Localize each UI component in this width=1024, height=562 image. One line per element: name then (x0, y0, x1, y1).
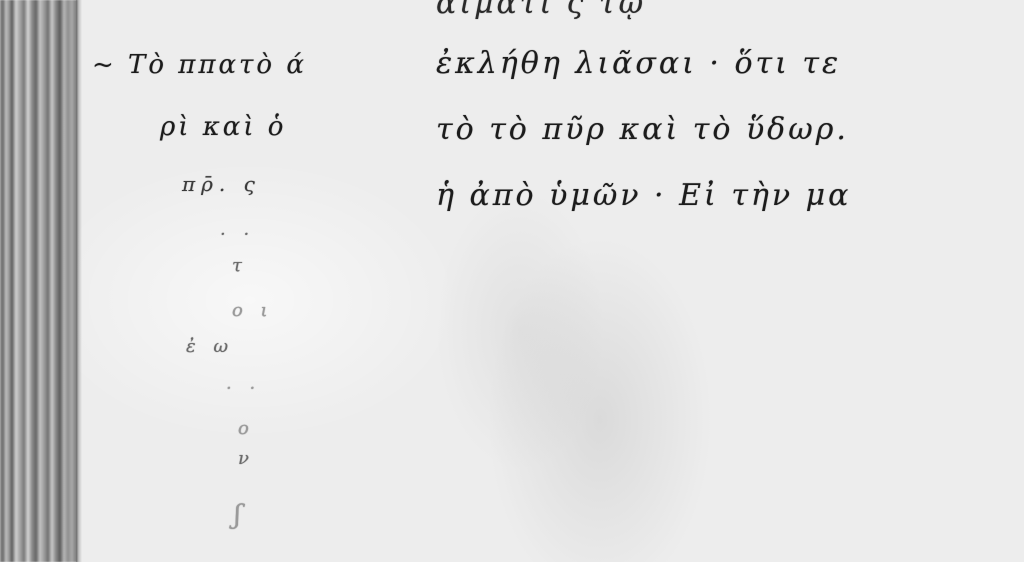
margin-note-line-4: τ (232, 255, 248, 276)
margin-note-line-8: ο (238, 418, 255, 439)
book-binding-gutter (0, 0, 78, 562)
gutter-shadow (76, 0, 82, 562)
main-text-line-3: ἡ ἀπὸ ὑμῶν · Εἰ τὴν μα (436, 178, 851, 213)
margin-note-line-3: · · (220, 224, 255, 245)
margin-note-line-1: ρὶ καὶ ὁ (160, 112, 286, 142)
manuscript-page: αἱμάτι ς τῷ ἐκλήθη λιᾶσαι · ὅτι τε τὸ τὸ… (0, 0, 1024, 562)
margin-note-line-0: ~ Τὸ ππατὸ ά (92, 50, 307, 80)
margin-note-line-6: ἐ ω (186, 336, 234, 357)
main-text-line-2: τὸ τὸ πῦρ καὶ τὸ ὕδωρ. (436, 112, 849, 147)
margin-note-line-5: ο ι (232, 300, 274, 321)
main-text-line-1: ἐκλήθη λιᾶσαι · ὅτι τε (436, 46, 841, 81)
margin-note-line-2: πρ̄. ς (182, 172, 261, 196)
margin-note-line-7: · · (226, 378, 261, 399)
margin-note-line-9: ν (238, 448, 255, 469)
main-text-line-0: αἱμάτι ς τῷ (436, 0, 646, 21)
margin-note-line-10: ʃ (234, 500, 247, 530)
